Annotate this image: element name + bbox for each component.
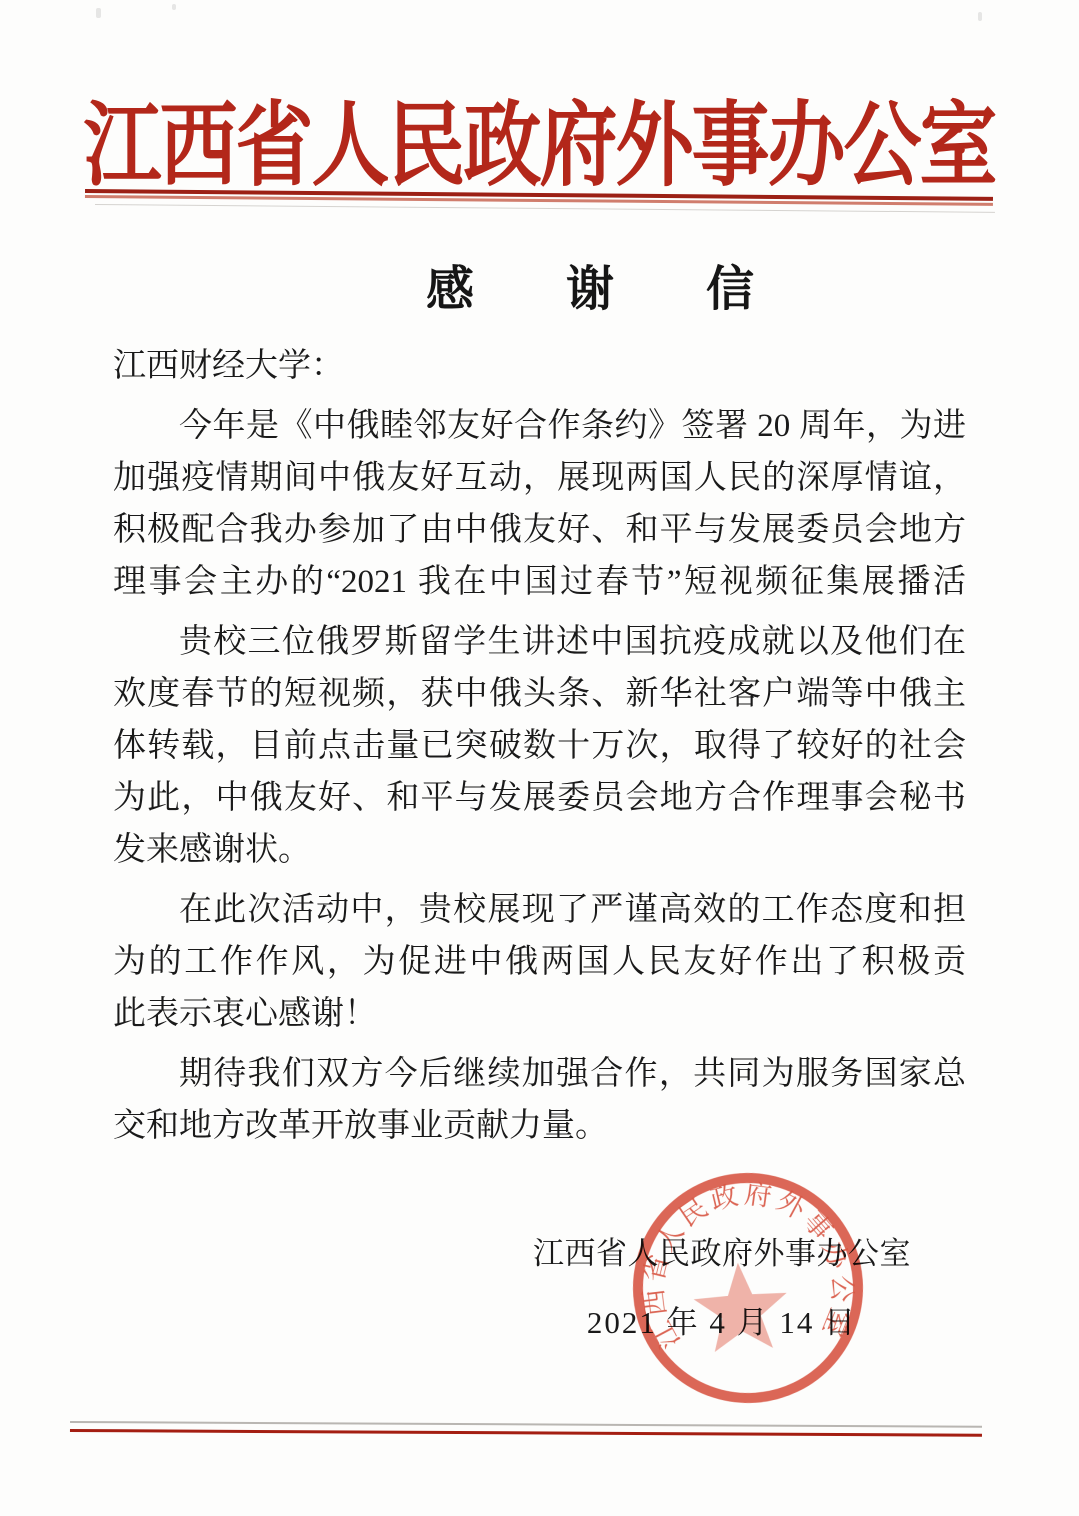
scan-speck: [96, 8, 101, 18]
body-line: 发来感谢状。: [113, 824, 966, 876]
body-line: 为此，中俄友好、和平与发展委员会地方合作理事会秘书处特: [113, 772, 966, 824]
body-line: 期待我们双方今后继续加强合作，共同为服务国家总体外: [113, 1048, 966, 1100]
body-line: 贵校三位俄罗斯留学生讲述中国抗疫成就以及他们在江西: [113, 616, 966, 668]
letter-body: 江西财经大学： 今年是《中俄睦邻友好合作条约》签署 20 周年，为进一步 加强疫…: [113, 340, 966, 1152]
salutation-paragraph: 江西财经大学：: [113, 340, 966, 392]
body-line: 积极配合我办参加了由中俄友好、和平与发展委员会地方合作: [113, 504, 966, 556]
paragraph-2: 贵校三位俄罗斯留学生讲述中国抗疫成就以及他们在江西 欢度春节的短视频，获中俄头条…: [113, 616, 966, 876]
scanned-letter-page: 江西省人民政府外事办公室 感 谢 信 江西财经大学： 今年是《中俄睦邻友好合作条…: [0, 0, 1079, 1516]
salutation: 江西财经大学：: [113, 340, 966, 392]
body-line: 在此次活动中，贵校展现了严谨高效的工作态度和担当作: [113, 884, 966, 936]
body-line: 理事会主办的“2021 我在中国过春节”短视频征集展播活动。: [113, 556, 966, 608]
official-seal-stamp: 江西省人民政府外事办公室: [620, 1160, 876, 1416]
scan-speck: [978, 12, 982, 21]
seal-star-icon: [691, 1259, 790, 1353]
letterhead-rule-shadow-line: [95, 204, 995, 213]
paragraph-3: 在此次活动中，贵校展现了严谨高效的工作态度和担当作 为的工作作风，为促进中俄两国…: [113, 884, 966, 1040]
paragraph-4: 期待我们双方今后继续加强合作，共同为服务国家总体外 交和地方改革开放事业贡献力量…: [113, 1048, 966, 1152]
footer-rule: [70, 1421, 982, 1437]
paragraph-1: 今年是《中俄睦邻友好合作条约》签署 20 周年，为进一步 加强疫情期间中俄友好互…: [113, 400, 966, 608]
body-line: 交和地方改革开放事业贡献力量。: [113, 1100, 966, 1152]
letterhead-org-name: 江西省人民政府外事办公室: [0, 72, 1079, 204]
body-line: 今年是《中俄睦邻友好合作条约》签署 20 周年，为进一步: [113, 400, 966, 452]
body-line: 此表示衷心感谢！: [113, 988, 966, 1040]
body-line: 欢度春节的短视频，获中俄头条、新华社客户端等中俄主流媒: [113, 668, 966, 720]
body-line: 为的工作作风，为促进中俄两国人民友好作出了积极贡献，在: [113, 936, 966, 988]
body-line: 体转载，目前点击量已突破数十万次，取得了较好的社会反响。: [113, 720, 966, 772]
body-line: 加强疫情期间中俄友好互动，展现两国人民的深厚情谊，贵校: [113, 452, 966, 504]
letter-title: 感 谢 信: [426, 250, 794, 319]
scan-speck: [172, 4, 176, 10]
